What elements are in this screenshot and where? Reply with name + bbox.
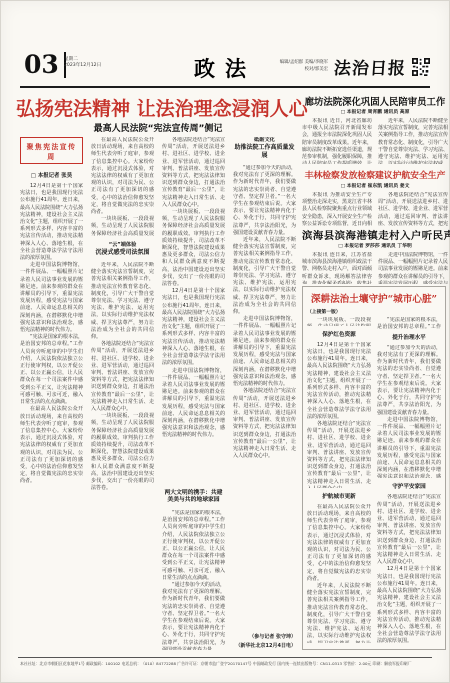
body-paragraph: 一块块展板、一段段视频，生动呈现了人民法院服务保障经济社会高质量发展的履职成效。… <box>307 317 371 326</box>
body-paragraph: 各地法院还结合“宪法宣传周”活动，开展送法进乡村、进社区、进学校、进企业、进军营… <box>91 341 154 413</box>
boxed-column-2: “宪法是国家的根本法，是治国安邦的总章程。”工作人员向旁听庭审的中学生们介绍，人… <box>377 317 441 643</box>
column-text: 近年来，人民法院不断健全落实宪法宣誓制度，完善宪法相关案例指导工作，推动宪法宣传… <box>378 118 448 164</box>
body-paragraph: “宪法是国家的根本法，是治国安邦的总章程。”工作人员向旁听庭审的中学生们介绍，人… <box>162 510 225 582</box>
boxed-subhead-2: 提升治理水平 <box>377 333 441 341</box>
continued-from-note: （上接第一版） <box>307 308 441 315</box>
body-paragraph: 各地法院还结合“宪法宣传周”活动，开展送法进乡村、进社区、进学校、进企业、进军营… <box>377 494 441 566</box>
body-paragraph: 本报讯 为推动安全生产专项整治走深走实，黑龙江省丰林县人民检察院聚焦重点行业领域… <box>302 192 372 226</box>
lead-column-4: 砥砺文化 助推法院工作高质量发展 “通过参加今天的活动，我对宪法有了更深的理解。… <box>233 137 296 650</box>
rail-article3-columns: 本报讯 连日来，江苏省盐城市滨海县滨海港镇组织政法干警、网格员走村入户，面对面倾… <box>302 252 448 284</box>
body-paragraph: 本报讯 近日，河北省廊坊市中级人民法院召开新闻发布会，通报全市法院深化巩固人民陪… <box>302 118 372 164</box>
column-text: “宪法是国家的根本法，是治国安邦的总章程。”工作人员向旁听庭审的中学生们介绍，人… <box>377 317 441 329</box>
boxed-column-1: 一块块展板、一段段视频，生动呈现了人民法院服务保障经济社会高质量发展的履职成效。… <box>307 317 371 643</box>
newspaper-page: 03 星期二 2023年12月12日 政法 编辑/孟绍群 美编/李晓军 校对/郭… <box>0 0 450 683</box>
body-paragraph: 各地法院还结合“宪法宣传周”活动，开展送法进乡村、进社区、进学校、进企业、进军营… <box>307 421 371 488</box>
lead-column-1: 聚焦宪法宣传周 □ 本报记者 张昊 12月4日是第十个国家宪法日，也是我国现行宪… <box>20 137 83 650</box>
rail-article2-headline: 丰林检察发放检察建议护航安全生产 <box>302 168 448 181</box>
body-paragraph: 在最高人民法院公众开放日活动现场，来自高校的师生代表旁听了庭审，参观了信息集控中… <box>307 504 371 583</box>
lead-headline: 弘扬宪法精神 让法治理念浸润人心 <box>16 94 298 121</box>
boxed-article-columns: 一块块展板、一段段视频，生动呈现了人民法院服务保障经济社会高质量发展的履职成效。… <box>307 317 441 643</box>
lead-column-2: 在最高人民法院公众开放日活动现场，来自高校的师生代表旁听了庭审，参观了信息集控中… <box>91 137 154 650</box>
lead-subtitle: 最高人民法院“宪法宣传周”侧记 <box>20 121 296 134</box>
body-paragraph: 走进中国法院博物馆，一件件展品、一幅幅照片记录着人民司法事业发展的铿锵足迹。前来… <box>233 316 296 388</box>
qr-code-icon <box>412 58 430 76</box>
body-paragraph: 各地法院还结合“宪法宣传周”活动，开展送法进乡村、进社区、进学校、进企业、进军营… <box>233 388 296 460</box>
subhead-line: “云”端体验 <box>91 242 154 249</box>
wire-credit: （新华社北京12月4日电） <box>233 643 296 650</box>
page-number: 03 <box>24 52 66 78</box>
body-paragraph: “通过参加今天的活动，我对宪法有了更深的理解。作为新时代青年，我们要做宪法的忠实… <box>377 345 441 417</box>
column-text: 本报讯 连日来，江苏省盐城市滨海县滨海港镇组织政法干警、网格员走村入户，面对面倾… <box>302 252 372 284</box>
body-paragraph: 一块块展板、一段段视频，生动呈现了人民法院服务保障经济社会高质量发展的履职成效。… <box>91 216 154 237</box>
subhead-line: 砥砺文化 <box>233 137 296 144</box>
body-paragraph: 走进中国法院博物馆，一件件展品、一幅幅照片记录着人民司法事业发展的铿锵足迹。前来… <box>377 417 441 479</box>
body-paragraph: 各地法院还结合“宪法宣传周”活动，开展送法进乡村、进社区、进学校、进企业、进军营… <box>162 137 225 209</box>
column-text: 走进中国法院博物馆，一件件展品、一幅幅照片记录着人民司法事业发展的铿锵足迹。前来… <box>378 252 448 284</box>
body-paragraph: 在最高人民法院公众开放日活动现场，来自高校的师生代表旁听了庭审，参观了信息集控中… <box>20 406 83 485</box>
series-tag: 聚焦宪法宣传周 <box>20 137 83 164</box>
contributing-reporters: （参与记者 张守坤） <box>233 634 296 641</box>
date-block: 星期二 2023年12月12日 <box>64 57 101 70</box>
column-text: 各地法院还结合“宪法宣传周”活动，开展送法进乡村、进社区、进学校、进企业、进军营… <box>377 494 441 643</box>
body-paragraph: 各地法院还结合“宪法宣传周”活动，开展送法进乡村、进社区、进学校、进企业、进军营… <box>378 192 448 226</box>
body-paragraph: 一块块展板、一段段视频，生动呈现了人民法院服务保障经济社会高质量发展的履职成效。… <box>162 209 225 288</box>
rail-article1-columns: 本报讯 近日，河北省廊坊市中级人民法院召开新闻发布会，通报全市法院深化巩固人民陪… <box>302 118 448 164</box>
body-paragraph: 近年来，人民法院不断健全落实宪法宣誓制度，完善宪法相关案例指导工作，推动宪法宣传… <box>233 237 296 316</box>
body-paragraph: “宪法是国家的根本法，是治国安邦的总章程。”工作人员向旁听庭审的中学生们介绍，人… <box>20 334 83 406</box>
column-text: 本报讯 近日，河北省廊坊市中级人民法院召开新闻发布会，通报全市法院深化巩固人民陪… <box>302 118 372 164</box>
footer-imprint: 本社社址：北京市朝阳区花家地甲1号 邮政编码：100102 电话总机：（010）… <box>20 661 430 667</box>
column-text: 本报讯 为推动安全生产专项整治走深走实，黑龙江省丰林县人民检察院聚焦重点行业领域… <box>302 192 372 226</box>
body-paragraph: “通过参加今天的活动，我对宪法有了更深的理解。作为新时代青年，我们要做宪法的忠实… <box>162 582 225 650</box>
column-text: 各地法院还结合“宪法宣传周”活动，开展送法进乡村、进社区、进学校、进企业、进军营… <box>378 192 448 226</box>
column-text: 在最高人民法院公众开放日活动现场，来自高校的师生代表旁听了庭审，参观了信息集控中… <box>307 504 371 643</box>
body-paragraph: 近年来，人民法院不断健全落实宪法宣誓制度，完善宪法相关案例指导工作，推动宪法宣传… <box>91 262 154 341</box>
body-paragraph: 本报讯 连日来，江苏省盐城市滨海县滨海港镇组织政法干警、网格员走村入户，面对面倾… <box>302 252 372 284</box>
body-paragraph: 在最高人民法院公众开放日活动现场，来自高校的师生代表旁听了庭审，参观了信息集控中… <box>91 137 154 216</box>
body-paragraph: 12月4日是第十个国家宪法日，也是我国现行宪法公布施行41周年。连日来，最高人民… <box>377 566 441 643</box>
rail-article3-headline: 滨海县滨海港镇走村入户听民声 <box>302 227 448 242</box>
boxed-subhead-4: 守护平安家园 <box>377 482 441 490</box>
body-paragraph: 12月4日是第十个国家宪法日，也是我国现行宪法公布施行41周年。连日来，最高人民… <box>162 288 225 367</box>
body-paragraph: 近年来，人民法院不断健全落实宪法宣誓制度，完善宪法相关案例指导工作，推动宪法宣传… <box>378 118 448 164</box>
boxed-article-headline: 深耕法治土壤守护“城市心脏” <box>307 291 441 305</box>
body-paragraph: 近年来，人民法院不断健全落实宪法宣誓制度，完善宪法相关案例指导工作，推动宪法宣传… <box>307 583 371 643</box>
column-text: 各地法院还结合“宪法宣传周”活动，开展送法进乡村、进社区、进学校、进企业、进军营… <box>162 137 225 485</box>
rail-article2: □ 本报记者 崔东凯 通讯员 姜文 本报讯 为推动安全生产专项整治走深走实，黑龙… <box>302 182 448 226</box>
body-paragraph: “宪法是国家的根本法，是治国安邦的总章程。”工作人员向旁听庭审的中学生们介绍，人… <box>377 317 441 329</box>
body-paragraph: 走进中国法院博物馆，一件件展品、一幅幅照片记录着人民司法事业发展的铿锵足迹。前来… <box>20 262 83 334</box>
body-paragraph: “通过参加今天的活动，我对宪法有了更深的理解。作为新时代青年，我们要做宪法的忠实… <box>233 165 296 237</box>
boxed-subhead-1: 保护红色资源 <box>307 330 371 338</box>
subhead-line: 沉浸式感受司法氛围 <box>91 249 154 257</box>
editors-line: 编辑/孟绍群 美编/李晓军 <box>280 60 328 66</box>
rail-article2-byline: □ 本报记者 崔东凯 通讯员 姜文 <box>302 182 448 189</box>
lead-byline: □ 本报记者 张昊 <box>20 171 83 179</box>
column-text: “宪法是国家的根本法，是治国安邦的总章程。”工作人员向旁听庭审的中学生们介绍，人… <box>162 510 225 650</box>
lead-subhead-3: 两大文明的携手：共建美美与共的地球家园 <box>162 490 225 505</box>
lead-column-3: 各地法院还结合“宪法宣传周”活动，开展送法进乡村、进社区、进学校、进企业、进军营… <box>162 137 225 650</box>
column-text: 近年来，人民法院不断健全落实宪法宣誓制度，完善宪法相关案例指导工作，推动宪法宣传… <box>91 262 154 650</box>
rail-article3: □ 本报记者 罗莎莎 通讯员 丁华明 本报讯 连日来，江苏省盐城市滨海县滨海港镇… <box>302 242 448 284</box>
masthead-logo: 法治日报 <box>333 54 407 79</box>
rail-article1-byline: □ 本报记者 周宵鹏 通讯员 高原 <box>302 108 448 115</box>
column-text: “通过参加今天的活动，我对宪法有了更深的理解。作为新时代青年，我们要做宪法的忠实… <box>233 165 296 632</box>
body-paragraph: 走进中国法院博物馆，一件件展品、一幅幅照片记录着人民司法事业发展的铿锵足迹。前来… <box>162 368 225 440</box>
body-paragraph: 一块块展板、一段段视频，生动呈现了人民法院服务保障经济社会高质量发展的履职成效。… <box>91 413 154 492</box>
column-text: 12月4日是第十个国家宪法日，也是我国现行宪法公布施行41周年。连日来，最高人民… <box>20 183 83 650</box>
body-paragraph: 走进中国法院博物馆，一件件展品、一幅幅照片记录着人民司法事业发展的铿锵足迹。前来… <box>378 252 448 284</box>
subhead-line: 助推法院工作高质量发展 <box>233 144 296 160</box>
column-text: 在最高人民法院公众开放日活动现场，来自高校的师生代表旁听了庭审，参观了信息集控中… <box>91 137 154 237</box>
lead-subhead-1: “云”端体验 沉浸式感受司法氛围 <box>91 242 154 257</box>
column-text: 一块块展板、一段段视频，生动呈现了人民法院服务保障经济社会高质量发展的履职成效。… <box>307 317 371 326</box>
body-paragraph: 12月4日是第十个国家宪法日，也是我国现行宪法公布施行41周年。连日来，最高人民… <box>307 342 371 421</box>
editors-block: 编辑/孟绍群 美编/李晓军 校对/郭美宏 <box>280 60 328 73</box>
header-right: 编辑/孟绍群 美编/李晓军 校对/郭美宏 法治日报 <box>280 54 430 79</box>
body-paragraph: 12月4日是第十个国家宪法日，也是我国现行宪法公布施行41周年。连日来，最高人民… <box>20 183 83 262</box>
lead-columns: 聚焦宪法宣传周 □ 本报记者 张昊 12月4日是第十个国家宪法日，也是我国现行宪… <box>20 137 296 650</box>
lead-subhead-2: 砥砺文化 助推法院工作高质量发展 <box>233 137 296 160</box>
footer-rule <box>18 657 432 658</box>
rail-article3-byline: □ 本报记者 罗莎莎 通讯员 丁华明 <box>302 242 448 249</box>
date: 2023年12月12日 <box>64 63 101 69</box>
rail-article1: □ 本报记者 周宵鹏 通讯员 高原 本报讯 近日，河北省廊坊市中级人民法院召开新… <box>302 108 448 164</box>
header-rule <box>20 86 430 88</box>
rail-article1-headline: 廊坊法院深化巩固人民陪审员工作 <box>302 94 448 108</box>
proofreader-line: 校对/郭美宏 <box>280 67 328 73</box>
boxed-article: 深耕法治土壤守护“城市心脏” （上接第一版） 一块块展板、一段段视频，生动呈现了… <box>302 286 446 650</box>
column-text: “通过参加今天的活动，我对宪法有了更深的理解。作为新时代青年，我们要做宪法的忠实… <box>377 345 441 479</box>
column-text: 12月4日是第十个国家宪法日，也是我国现行宪法公布施行41周年。连日来，最高人民… <box>307 342 371 488</box>
boxed-subhead-3: 护航城市更新 <box>307 492 371 500</box>
rail-article2-columns: 本报讯 为推动安全生产专项整治走深走实，黑龙江省丰林县人民检察院聚焦重点行业领域… <box>302 192 448 226</box>
